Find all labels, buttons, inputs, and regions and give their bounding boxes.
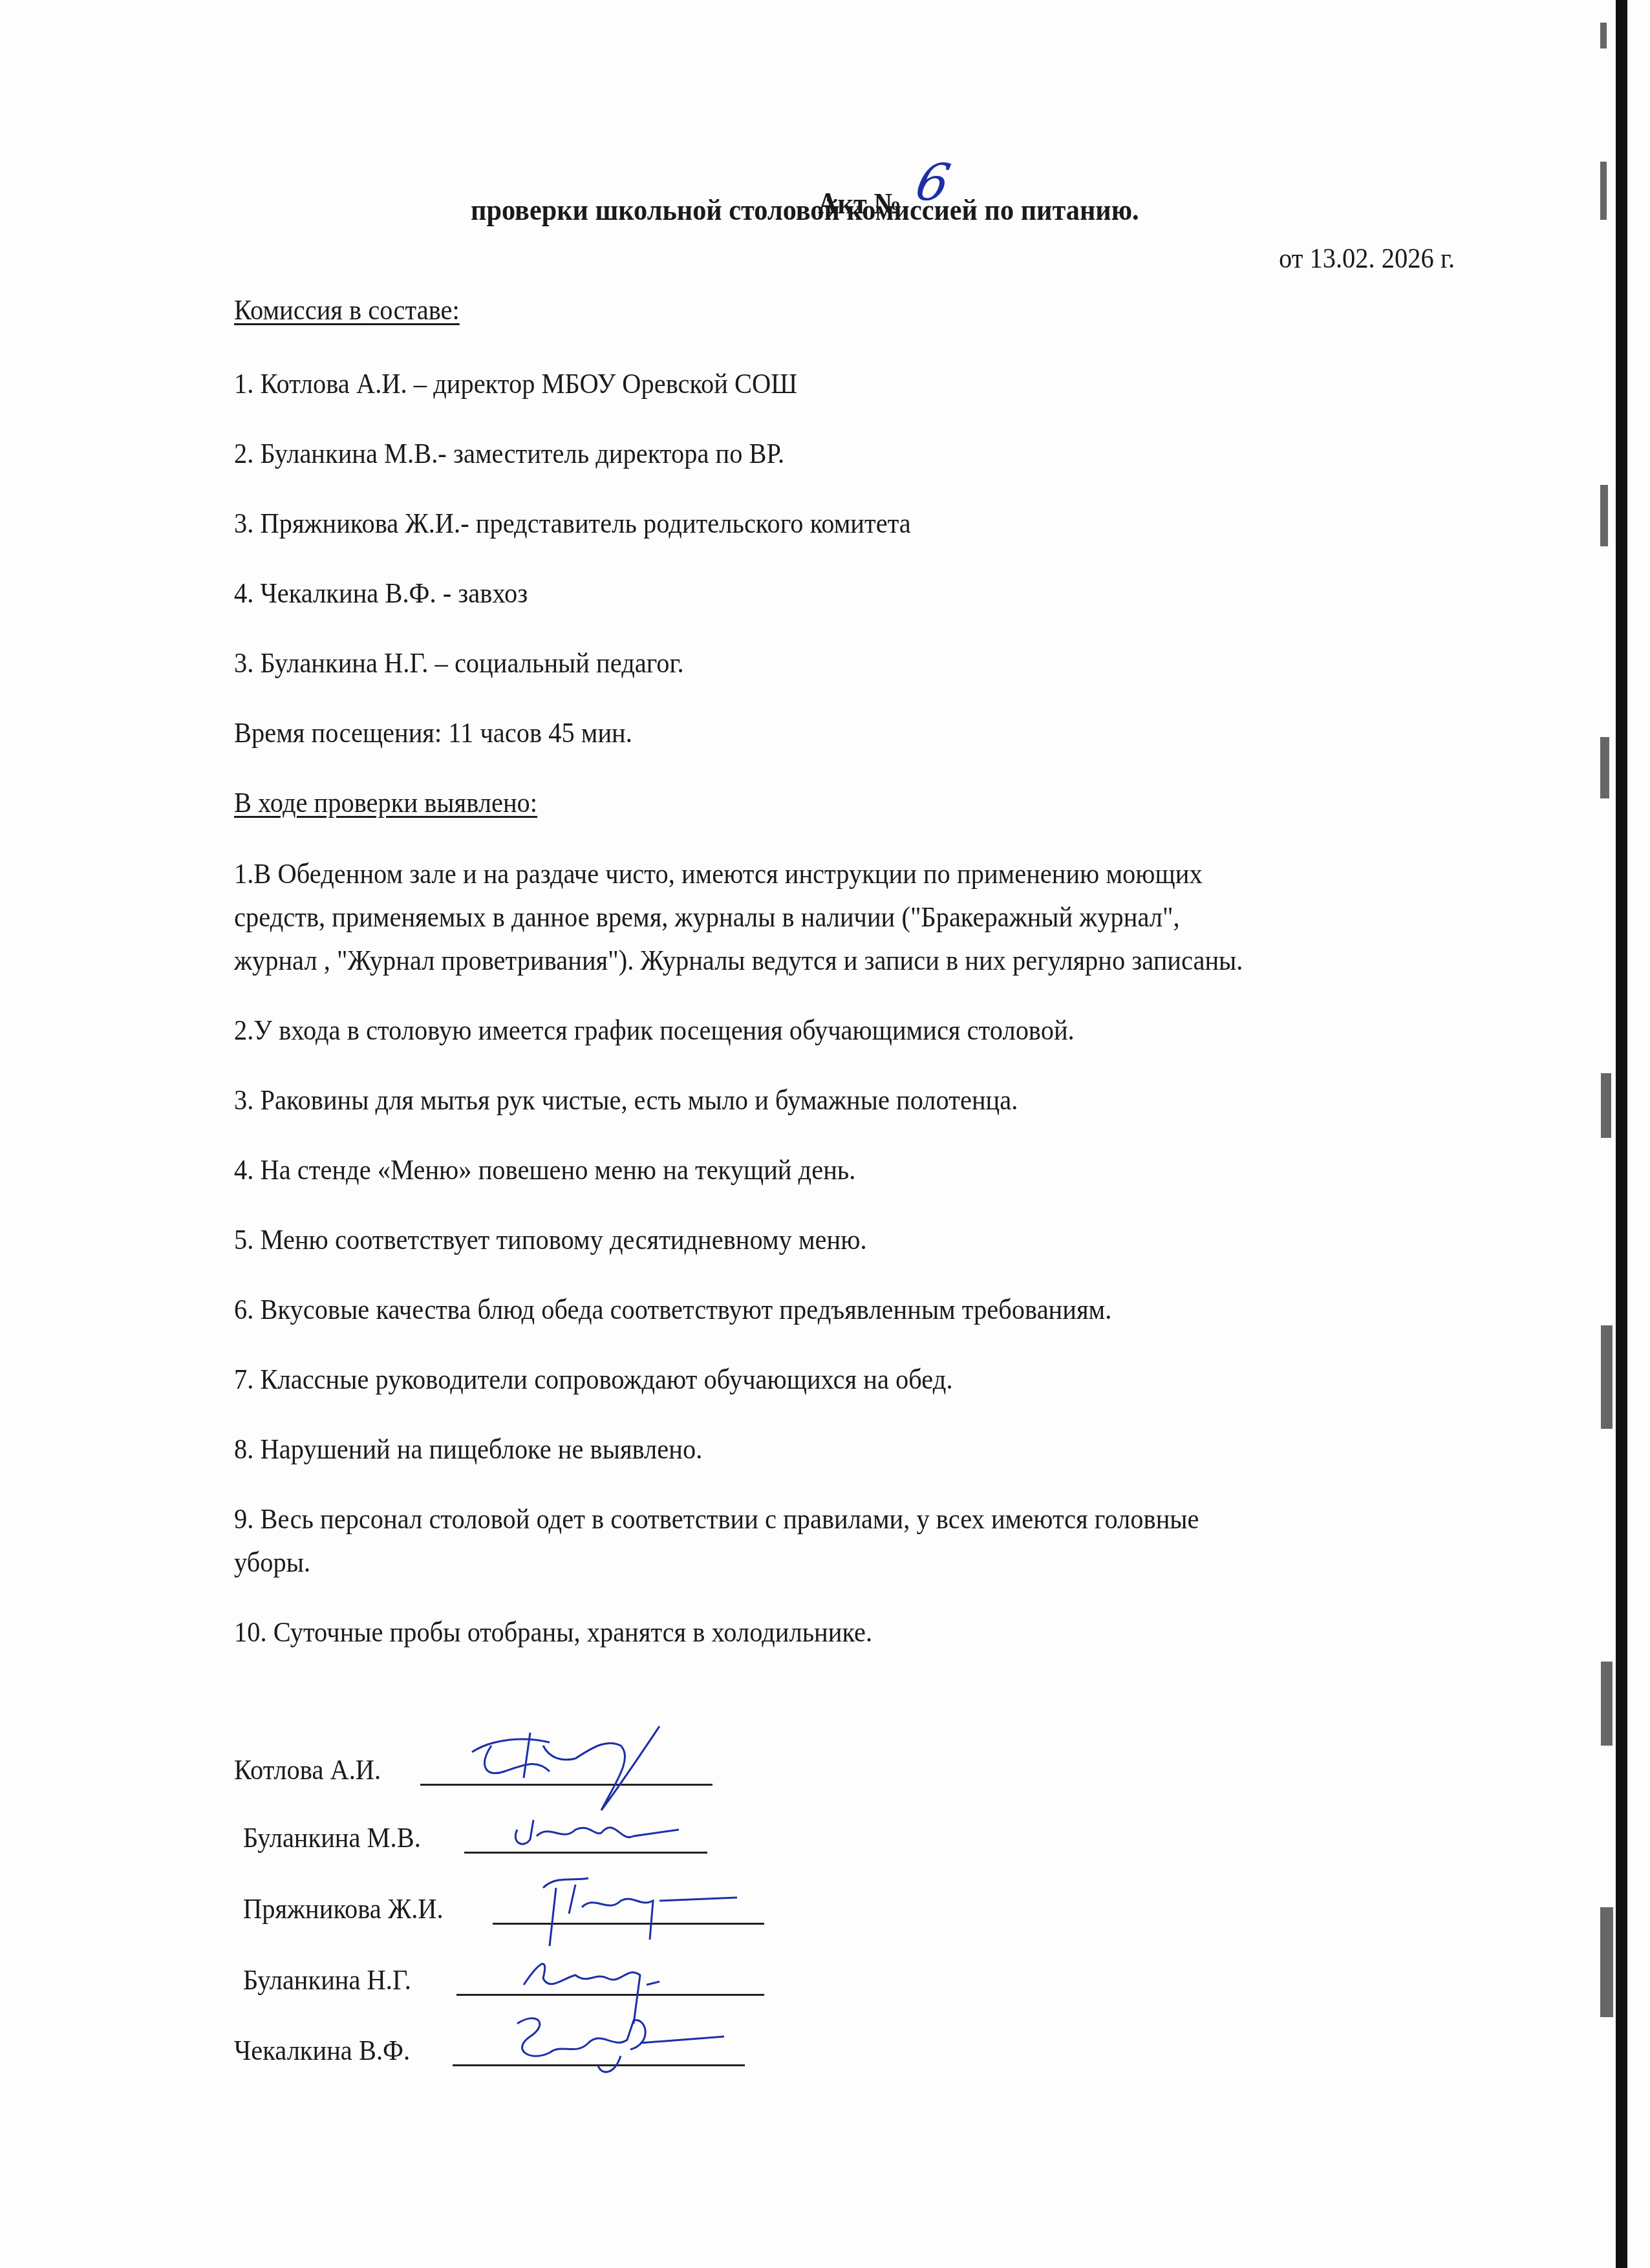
finding-item: 9. Весь персонал столовой одет в соответ…	[234, 1505, 1199, 1534]
signature-name: Пряжникова Ж.И.	[243, 1895, 444, 1923]
finding-item: 10. Суточные пробы отобраны, хранятся в …	[234, 1618, 872, 1647]
findings-heading: В ходе проверки выявлено:	[234, 789, 537, 817]
finding-item: 2.У входа в столовую имеется график посе…	[234, 1016, 1075, 1045]
signature-name: Котлова А.И.	[234, 1756, 381, 1784]
act-date: от 13.02. 2026 г.	[1279, 244, 1455, 273]
scan-artifact	[1600, 23, 1607, 48]
finding-item-cont: средств, применяемых в данное время, жур…	[234, 903, 1180, 932]
finding-item-cont: уборы.	[234, 1548, 310, 1577]
finding-item: 5. Меню соответствует типовому десятидне…	[234, 1226, 867, 1254]
scan-artifact	[1600, 1907, 1613, 2017]
commission-member: 3. Буланкина Н.Г. – социальный педагог.	[234, 649, 684, 678]
commission-member: 2. Буланкина М.В.- заместитель директора…	[234, 440, 784, 468]
scan-artifact	[1601, 1325, 1612, 1429]
scan-edge-shadow	[1616, 0, 1627, 2268]
finding-item: 4. На стенде «Меню» повешено меню на тек…	[234, 1156, 855, 1184]
act-subtitle: проверки школьной столовой комиссией по …	[471, 195, 1139, 225]
scan-artifact	[1601, 1662, 1612, 1746]
handwritten-signature-icon	[491, 2004, 737, 2088]
finding-item: 3. Раковины для мытья рук чистые, есть м…	[234, 1086, 1018, 1115]
scan-artifact	[1600, 737, 1609, 798]
commission-member: 3. Пряжникова Ж.И.- представитель родите…	[234, 509, 911, 538]
finding-item-cont: журнал , "Журнал проветривания"). Журнал…	[234, 947, 1243, 975]
scan-artifact	[1600, 485, 1608, 546]
visit-time: Время посещения: 11 часов 45 мин.	[234, 719, 632, 747]
commission-member: 4. Чекалкина В.Ф. - завхоз	[234, 579, 528, 608]
finding-item: 7. Классные руководители сопровождают об…	[234, 1365, 953, 1394]
scanned-page: Акт № 6 проверки школьной столовой комис…	[0, 0, 1650, 2268]
scan-artifact	[1600, 162, 1607, 220]
scan-artifact	[1601, 1073, 1611, 1138]
signature-name: Чекалкина В.Ф.	[234, 2037, 410, 2065]
finding-item: 8. Нарушений на пищеблоке не выявлено.	[234, 1435, 702, 1464]
signature-name: Буланкина М.В.	[243, 1824, 421, 1852]
handwritten-signature-icon	[504, 1804, 698, 1868]
finding-item: 6. Вкусовые качества блюд обеда соответс…	[234, 1296, 1111, 1324]
finding-item: 1.В Обеденном зале и на раздаче чисто, и…	[234, 860, 1203, 888]
commission-member: 1. Котлова А.И. – директор МБОУ Оревской…	[234, 370, 797, 398]
commission-heading: Комиссия в составе:	[234, 296, 460, 325]
signature-name: Буланкина Н.Г.	[243, 1966, 411, 1995]
